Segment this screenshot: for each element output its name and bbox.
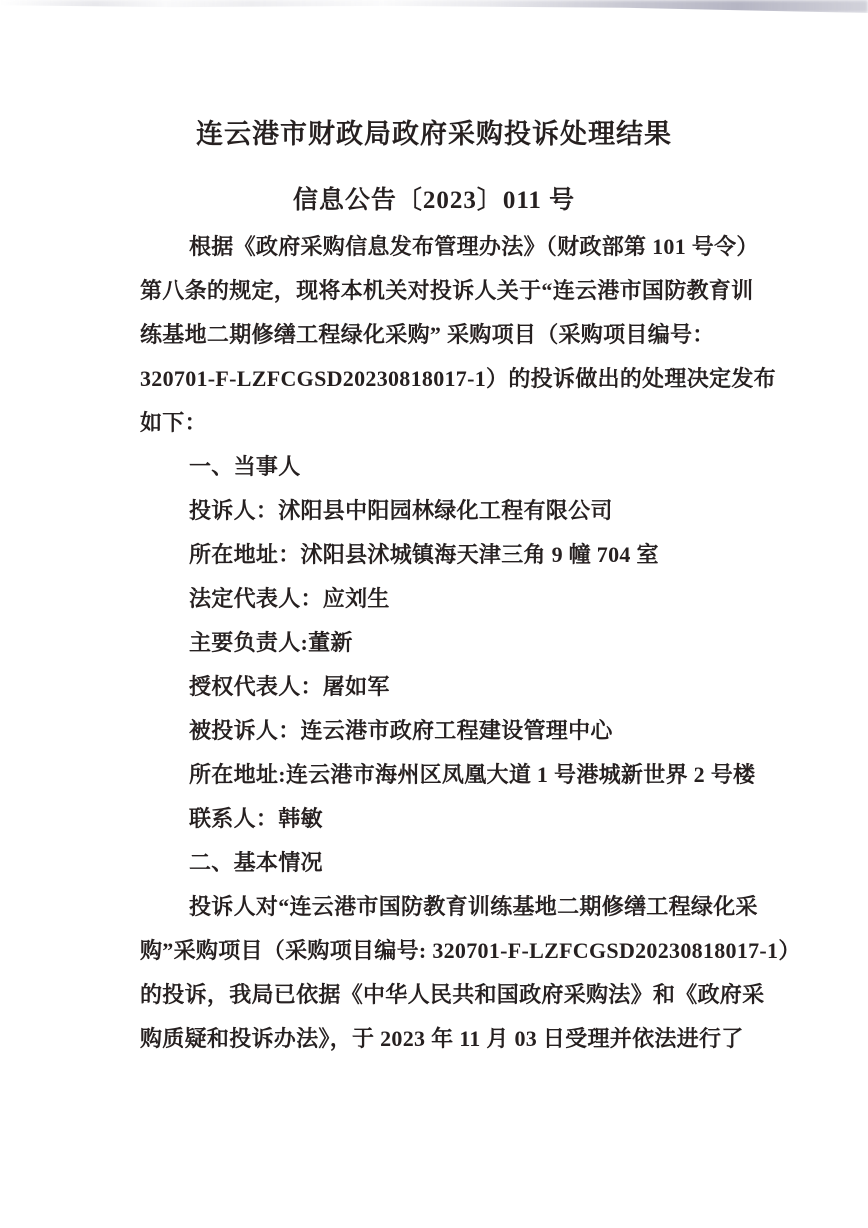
- text-line: 被投诉人：连云港市政府工程建设管理中心: [140, 709, 756, 753]
- text-line: 二、基本情况: [140, 841, 756, 885]
- text-line: 授权代表人：屠如军: [140, 665, 756, 709]
- text-line: 320701-F-LZFCGSD20230818017-1）的投诉做出的处理决定…: [140, 357, 756, 401]
- text-line: 法定代表人：应刘生: [140, 577, 756, 621]
- text-line: 练基地二期修缮工程绿化采购” 采购项目（采购项目编号：: [140, 313, 756, 357]
- text-line: 第八条的规定，现将本机关对投诉人关于“连云港市国防教育训: [140, 269, 756, 313]
- text-line: 购质疑和投诉办法》，于 2023 年 11 月 03 日受理并依法进行了: [140, 1017, 756, 1061]
- scanned-document-page: 连云港市财政局政府采购投诉处理结果 信息公告〔2023〕011 号 根据《政府采…: [0, 0, 868, 1228]
- text-line: 所在地址：沭阳县沭城镇海天津三角 9 幢 704 室: [140, 533, 756, 577]
- document-body: 根据《政府采购信息发布管理办法》（财政部第 101 号令）第八条的规定，现将本机…: [140, 225, 756, 1061]
- text-line: 联系人：韩敏: [140, 797, 756, 841]
- text-line: 的投诉，我局已依据《中华人民共和国政府采购法》和《政府采: [140, 973, 756, 1017]
- text-line: 投诉人对“连云港市国防教育训练基地二期修缮工程绿化采: [140, 885, 756, 929]
- text-line: 投诉人：沭阳县中阳园林绿化工程有限公司: [140, 489, 756, 533]
- text-line: 所在地址:连云港市海州区凤凰大道 1 号港城新世界 2 号楼: [140, 753, 756, 797]
- text-line: 一、当事人: [140, 445, 756, 489]
- text-line: 购”采购项目（采购项目编号: 320701-F-LZFCGSD202308180…: [140, 929, 756, 973]
- document-title: 连云港市财政局政府采购投诉处理结果: [0, 112, 868, 151]
- text-line: 主要负责人:董新: [140, 621, 756, 665]
- scan-edge-smudge: [0, 0, 868, 13]
- text-line: 如下：: [140, 401, 756, 445]
- document-subtitle: 信息公告〔2023〕011 号: [0, 180, 868, 216]
- text-line: 根据《政府采购信息发布管理办法》（财政部第 101 号令）: [140, 225, 756, 269]
